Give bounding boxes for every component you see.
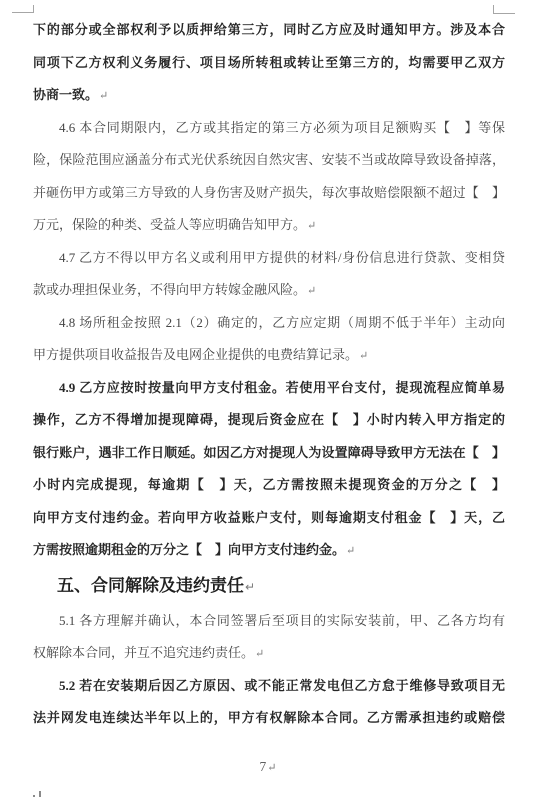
section-5-heading: 五、合同解除及违约责任↵ [33,567,505,605]
paragraph-mark-icon: ↵ [244,580,255,594]
paragraph-4-7: 4.7 乙方不得以甲方名义或利用甲方提供的材料/身份信息进行贷款、变相贷 款或办… [33,242,505,307]
paragraph-mark-icon: ↵ [358,350,368,362]
text-line: 协商一致。↵ [33,79,505,112]
text-area: 下的部分或全部权利予以质押给第三方，同时乙方应及时通知甲方。涉及本合 同项下乙方… [0,0,536,735]
text-line: 小时内完成提现，每逾期【 】天，乙方需按照未提现资金的万分之【 】 [33,469,505,502]
text-line: 甲方提供项目收益报告及电网企业提供的电费结算记录。↵ [33,339,505,372]
text-line: 并砸伤甲方或第三方导致的人身伤害及财产损失，每次事故赔偿限额不超过【 】 [33,177,505,210]
text-line: 方需按照逾期租金的万分之【 】向甲方支付违约金。↵ [33,534,505,567]
text-line: 4.6 本合同期限内，乙方或其指定的第三方必须为项目足额购买【 】等保 [33,112,505,145]
paragraph-mark-icon: ↵ [254,648,264,660]
line-text: 甲方提供项目收益报告及电网企业提供的电费结算记录。 [33,347,358,362]
text-line: 向甲方支付违约金。若向甲方收益账户支付，则每逾期支付租金【 】天，乙 [33,502,505,535]
line-text: 款或办理担保业务，不得向甲方转嫁金融风险。 [33,282,306,297]
text-line: 权解除本合同，并互不追究违约责任。↵ [33,637,505,670]
paragraph-mark-icon: ↵ [306,220,316,232]
document-page: 下的部分或全部权利予以质押给第三方，同时乙方应及时通知甲方。涉及本合 同项下乙方… [0,0,536,805]
paragraph-mark-icon: ↵ [98,90,108,102]
text-line: 4.9 乙方应按时按量向甲方支付租金。若使用平台支付，提现流程应简单易 [33,372,505,405]
paragraph-5-1: 5.1 各方理解并确认，本合同签署后至项目的实际安装前，甲、乙各方均有 权解除本… [33,605,505,670]
text-line: 万元，保险的种类、受益人等应明确告知甲方。↵ [33,209,505,242]
paragraph-5-2: 5.2 若在安装期后因乙方原因、或不能正常发电但乙方怠于维修导致项目无 法并网发… [33,670,505,735]
text-line: 5.1 各方理解并确认，本合同签署后至项目的实际安装前，甲、乙各方均有 [33,605,505,638]
margin-crop-mark-top-left [12,5,34,13]
text-line: 银行账户，遇非工作日顺延。如因乙方对提现人为设置障碍导致甲方无法在【 】 [33,437,505,470]
paragraph-mark-icon: ↵ [345,545,355,557]
heading-text: 五、合同解除及违约责任 [57,576,244,595]
text-line: 下的部分或全部权利予以质押给第三方，同时乙方应及时通知甲方。涉及本合 [33,14,505,47]
line-text: 万元，保险的种类、受益人等应明确告知甲方。 [33,217,306,232]
paragraph-mark-icon: ↵ [306,285,316,297]
margin-crop-mark-top-right [493,5,515,14]
line-text: 方需按照逾期租金的万分之【 】向甲方支付违约金。 [33,542,345,557]
paragraph-4-9: 4.9 乙方应按时按量向甲方支付租金。若使用平台支付，提现流程应简单易 操作，乙… [33,372,505,567]
paragraph-mark-icon: ↵ [266,762,276,774]
text-line: 同项下乙方权利义务履行、项目场所转租或转让至第三方的，均需要甲乙双方 [33,47,505,80]
text-line: 4.7 乙方不得以甲方名义或利用甲方提供的材料/身份信息进行贷款、变相贷 [33,242,505,275]
footer-left-mark [33,795,35,797]
line-text: 协商一致。 [33,87,98,102]
text-line: 险，保险范围应涵盖分布式光伏系统因自然灾害、安装不当或故障导致设备掉落， [33,144,505,177]
text-line: 法并网发电连续达半年以上的，甲方有权解除本合同。乙方需承担违约或赔偿 [33,702,505,735]
paragraph-4-8: 4.8 场所租金按照 2.1（2）确定的，乙方应定期（周期不低于半年）主动向 甲… [33,307,505,372]
paragraph-4-6: 4.6 本合同期限内，乙方或其指定的第三方必须为项目足额购买【 】等保 险，保险… [33,112,505,242]
paragraph-4-5-continuation: 下的部分或全部权利予以质押给第三方，同时乙方应及时通知甲方。涉及本合 同项下乙方… [33,14,505,112]
text-line: 4.8 场所租金按照 2.1（2）确定的，乙方应定期（周期不低于半年）主动向 [33,307,505,340]
footer-left-tick-mark [39,791,41,797]
page-number: 7↵ [0,757,536,777]
text-line: 款或办理担保业务，不得向甲方转嫁金融风险。↵ [33,274,505,307]
text-line: 操作，乙方不得增加提现障碍，提现后资金应在【 】小时内转入甲方指定的 [33,404,505,437]
text-line: 5.2 若在安装期后因乙方原因、或不能正常发电但乙方怠于维修导致项目无 [33,670,505,703]
line-text: 权解除本合同，并互不追究违约责任。 [33,645,254,660]
